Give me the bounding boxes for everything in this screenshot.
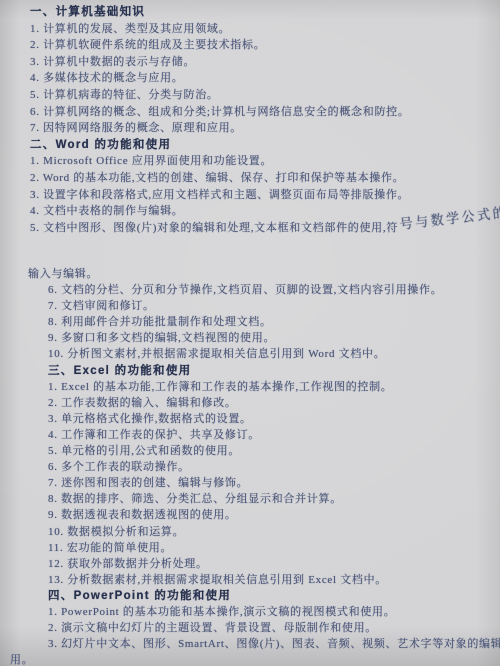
doc-line: 3. 计算机中数据的表示与存储。: [30, 54, 493, 71]
doc-line: 2. 工作表数据的输入、编辑和修改。: [48, 395, 500, 411]
syllabus-top-block: 一、计算机基础知识1. 计算机的发展、类型及其应用领域。2. 计算机软硬件系统的…: [30, 4, 493, 236]
doc-line: 13. 分析数据素材,并根据需求提取相关信息引用到 Excel 文档中。: [48, 572, 500, 588]
doc-line: 8. 数据的排序、筛选、分类汇总、分组显示和合并计算。: [48, 491, 500, 507]
doc-line: 7. 文档审阅和修订。: [48, 298, 500, 314]
doc-line: 5. 文档中图形、图像(片)对象的编辑和处理,文本框和文档部件的使用,符号与数学…: [30, 220, 493, 237]
doc-line: 5. 计算机病毒的特征、分类与防治。: [30, 87, 493, 104]
doc-line: 2. Word 的基本功能,文档的创建、编辑、保存、打印和保护等基本操作。: [30, 170, 493, 187]
syllabus-bottom-block: 输入与编辑。6. 文档的分栏、分页和分节操作,文档页眉、页脚的设置,文档内容引用…: [48, 266, 500, 666]
doc-line: 7. 迷你图和图表的创建、编辑与修饰。: [48, 475, 500, 491]
doc-line: 3. 幻灯片中文本、图形、SmartArt、图像(片)、图表、音频、视频、艺术字…: [48, 636, 500, 652]
section-heading: 二、Word 的功能和使用: [30, 137, 493, 154]
doc-line: 5. 单元格的引用,公式和函数的使用。: [48, 443, 500, 459]
doc-line: 1. Excel 的基本功能,工作簿和工作表的基本操作,工作视图的控制。: [48, 379, 500, 395]
doc-line: 10. 数据模拟分析和运算。: [48, 524, 500, 540]
doc-line: 11. 宏功能的简单使用。: [48, 540, 500, 556]
doc-line: 1. PowerPoint 的基本功能和基本操作,演示文稿的视图模式和使用。: [48, 604, 500, 620]
doc-line: 6. 多个工作表的联动操作。: [48, 459, 500, 475]
wrapped-line-continuation: 用。: [10, 652, 500, 666]
doc-line: 12. 获取外部数据并分析处理。: [48, 556, 500, 572]
doc-line: 9. 数据透视表和数据透视图的使用。: [48, 507, 500, 523]
doc-line: 4. 多媒体技术的概念与应用。: [30, 70, 493, 87]
doc-line: 1. Microsoft Office 应用界面使用和功能设置。: [30, 153, 493, 170]
doc-line: 9. 多窗口和多文档的编辑,文档视图的使用。: [48, 330, 500, 346]
section-heading: 三、Excel 的功能和使用: [48, 363, 500, 379]
scanned-syllabus-page: 一、计算机基础知识1. 计算机的发展、类型及其应用领域。2. 计算机软硬件系统的…: [0, 0, 500, 666]
doc-line: 6. 文档的分栏、分页和分节操作,文档页眉、页脚的设置,文档内容引用操作。: [48, 282, 500, 298]
doc-line: 1. 计算机的发展、类型及其应用领域。: [30, 21, 493, 38]
doc-line: 2. 演示文稿中幻灯片的主题设置、背景设置、母版制作和使用。: [48, 620, 500, 636]
doc-line: 2. 计算机软硬件系统的组成及主要技术指标。: [30, 37, 493, 54]
wrapped-line-continuation: 输入与编辑。: [28, 266, 500, 282]
doc-line: 10. 分析图文素材,并根据需求提取相关信息引用到 Word 文档中。: [48, 346, 500, 362]
doc-line: 3. 设置字体和段落格式,应用文档样式和主题、调整页面布局等排版操作。: [30, 187, 493, 204]
section-heading: 四、PowerPoint 的功能和使用: [48, 588, 500, 604]
doc-line: 4. 工作簿和工作表的保护、共享及修订。: [48, 427, 500, 443]
section-heading: 一、计算机基础知识: [30, 4, 493, 21]
doc-line: 3. 单元格格式化操作,数据格式的设置。: [48, 411, 500, 427]
doc-line: 8. 利用邮件合并功能批量制作和处理文档。: [48, 314, 500, 330]
doc-line: 6. 计算机网络的概念、组成和分类;计算机与网络信息安全的概念和防控。: [30, 104, 493, 121]
doc-line: 7. 因特网网络服务的概念、原理和应用。: [30, 120, 493, 137]
